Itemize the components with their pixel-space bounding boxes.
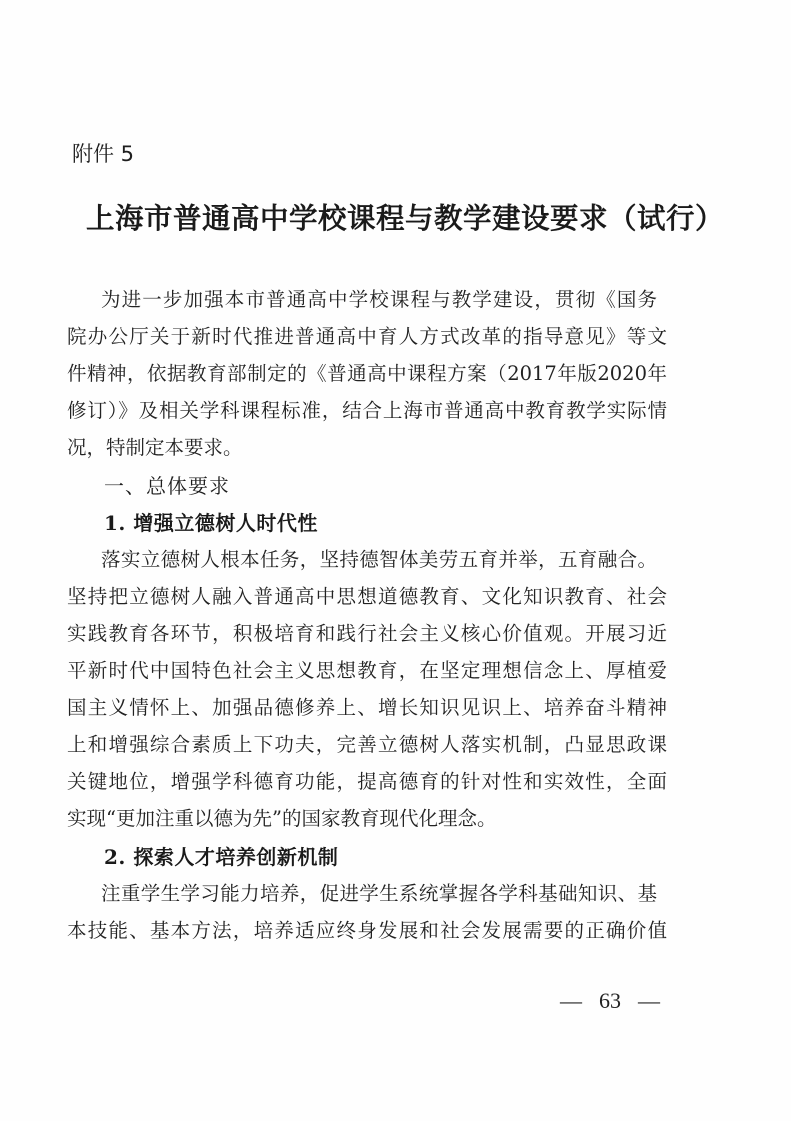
intro-line: 修订）》及相关学科课程标准，结合上海市普通高中教育教学实际情 (67, 396, 667, 426)
section-heading-general-requirements: 一、总体要求 (104, 471, 230, 501)
subsection-heading-2: 2. 探索人才培养创新机制 (104, 842, 338, 872)
document-title: 上海市普通高中学校课程与教学建设要求（试行） (86, 198, 706, 238)
page-number-value: 63 (599, 986, 621, 1016)
intro-line: 为进一步加强本市普通高中学校课程与教学建设，贯彻《国务 (101, 285, 657, 315)
subsection-1-line: 平新时代中国特色社会主义思想教育，在坚定理想信念上、厚植爱 (67, 656, 667, 686)
page-number-dash-right: — (638, 986, 660, 1016)
subsection-1-line: 国主义情怀上、加强品德修养上、增长知识见识上、培养奋斗精神 (67, 693, 667, 723)
page-number: — 63 — (560, 986, 660, 1016)
subsection-1-line: 实现“更加注重以德为先”的国家教育现代化理念。 (67, 804, 667, 834)
attachment-label: 附件 5 (72, 140, 134, 168)
subsection-1-line: 实践教育各环节，积极培育和践行社会主义核心价值观。开展习近 (67, 619, 667, 649)
subsection-1-line: 关键地位，增强学科德育功能，提高德育的针对性和实效性，全面 (67, 767, 667, 797)
subsection-2-line: 本技能、基本方法，培养适应终身发展和社会发展需要的正确价值 (67, 916, 667, 946)
subsection-2-line: 注重学生学习能力培养，促进学生系统掌握各学科基础知识、基 (101, 879, 657, 909)
intro-line: 件精神，依据教育部制定的《普通高中课程方案（2017年版2020年 (67, 359, 667, 389)
subsection-heading-1: 1. 增强立德树人时代性 (104, 508, 318, 538)
subsection-1-line: 上和增强综合素质上下功夫，完善立德树人落实机制，凸显思政课 (67, 730, 667, 760)
page-number-dash-left: — (560, 986, 582, 1016)
subsection-1-line: 落实立德树人根本任务，坚持德智体美劳五育并举，五育融合。 (101, 545, 657, 575)
intro-line: 况，特制定本要求。 (67, 433, 667, 463)
document-page: 附件 5 上海市普通高中学校课程与教学建设要求（试行） 为进一步加强本市普通高中… (0, 0, 791, 1121)
subsection-1-line: 坚持把立德树人融入普通高中思想道德教育、文化知识教育、社会 (67, 582, 667, 612)
intro-line: 院办公厅关于新时代推进普通高中育人方式改革的指导意见》等文 (67, 322, 667, 352)
